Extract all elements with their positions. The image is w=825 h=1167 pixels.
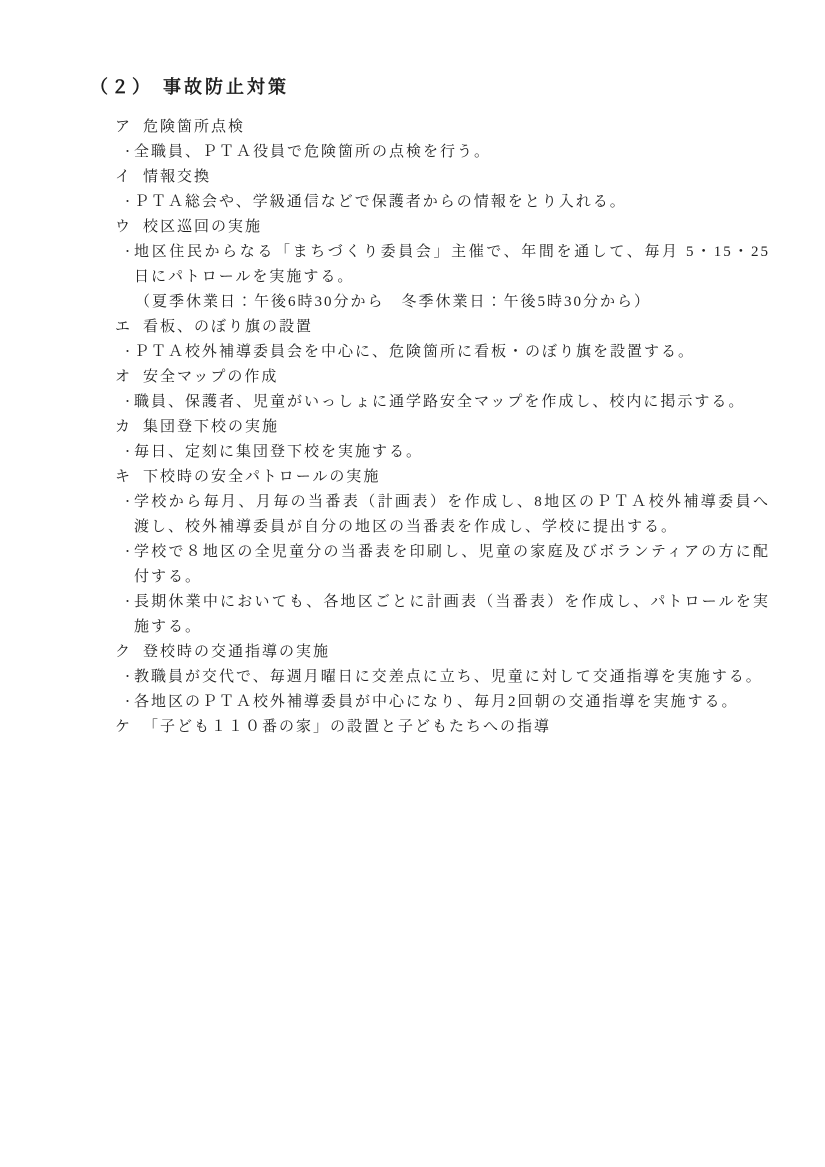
section-heading: エ看板、のぼり旗の設置: [115, 315, 825, 340]
bullet-item: ・各地区のＰＴＡ校外補導委員が中心になり、毎月2回朝の交通指導を実施する。: [122, 690, 770, 715]
section-label: カ: [115, 415, 143, 440]
bullet-marker-icon: ・: [122, 665, 134, 690]
section-1: ア危険箇所点検・全職員、ＰＴＡ役員で危険箇所の点検を行う。: [0, 115, 825, 165]
bullet-marker-icon: ・: [122, 240, 134, 265]
page-title-text: 事故防止対策: [163, 77, 289, 97]
bullet-text: ＰＴＡ総会や、学級通信などで保護者からの情報をとり入れる。: [134, 190, 770, 215]
section-heading-text: 「子ども１１０番の家」の設置と子どもたちへの指導: [143, 719, 551, 735]
section-9: ケ「子ども１１０番の家」の設置と子どもたちへの指導: [0, 715, 825, 740]
bullet-text: 地区住民からなる「まちづくり委員会」主催で、年間を通して、毎月 5・15・25 …: [134, 240, 770, 290]
section-heading: オ安全マップの作成: [115, 365, 825, 390]
section-heading: ア危険箇所点検: [115, 115, 825, 140]
section-heading-text: 看板、のぼり旗の設置: [143, 319, 313, 335]
bullet-text: 長期休業中においても、各地区ごとに計画表（当番表）を作成し、パトロールを実施する…: [134, 590, 770, 640]
section-heading: ク登校時の交通指導の実施: [115, 640, 825, 665]
bullet-marker-icon: ・: [122, 140, 134, 165]
bullet-marker-icon: ・: [122, 390, 134, 415]
section-heading-text: 校区巡回の実施: [143, 219, 262, 235]
bullet-marker-icon: ・: [122, 340, 134, 365]
section-7: キ下校時の安全パトロールの実施・学校から毎月、月毎の当番表（計画表）を作成し、8…: [0, 465, 825, 640]
section-label: イ: [115, 165, 143, 190]
section-heading-text: 安全マップの作成: [143, 369, 278, 385]
document-page: （２）事故防止対策 ア危険箇所点検・全職員、ＰＴＡ役員で危険箇所の点検を行う。イ…: [0, 0, 825, 1167]
section-label: ウ: [115, 215, 143, 240]
bullet-item: ・ＰＴＡ総会や、学級通信などで保護者からの情報をとり入れる。: [122, 190, 770, 215]
bullet-marker-icon: ・: [122, 490, 134, 515]
section-label: オ: [115, 365, 143, 390]
page-title-number: （２）: [90, 77, 153, 97]
bullet-marker-icon: ・: [122, 440, 134, 465]
bullet-item: ・学校で８地区の全児童分の当番表を印刷し、児童の家庭及びボランティアの方に配付す…: [122, 540, 770, 590]
section-label: キ: [115, 465, 143, 490]
section-heading-text: 危険箇所点検: [143, 119, 245, 135]
bullet-text: 教職員が交代で、毎週月曜日に交差点に立ち、児童に対して交通指導を実施する。: [134, 665, 770, 690]
bullet-text: ＰＴＡ校外補導委員会を中心に、危険箇所に看板・のぼり旗を設置する。: [134, 340, 770, 365]
section-8: ク登校時の交通指導の実施・教職員が交代で、毎週月曜日に交差点に立ち、児童に対して…: [0, 640, 825, 715]
bullet-text: 学校で８地区の全児童分の当番表を印刷し、児童の家庭及びボランティアの方に配付する…: [134, 540, 770, 590]
section-4: エ看板、のぼり旗の設置・ＰＴＡ校外補導委員会を中心に、危険箇所に看板・のぼり旗を…: [0, 315, 825, 365]
bullet-item: ・ＰＴＡ校外補導委員会を中心に、危険箇所に看板・のぼり旗を設置する。: [122, 340, 770, 365]
section-label: エ: [115, 315, 143, 340]
bullet-text: 全職員、ＰＴＡ役員で危険箇所の点検を行う。: [134, 140, 770, 165]
bullet-item: ・教職員が交代で、毎週月曜日に交差点に立ち、児童に対して交通指導を実施する。: [122, 665, 770, 690]
sections-container: ア危険箇所点検・全職員、ＰＴＡ役員で危険箇所の点検を行う。イ情報交換・ＰＴＡ総会…: [0, 115, 825, 740]
section-heading: イ情報交換: [115, 165, 825, 190]
section-heading-text: 情報交換: [143, 169, 211, 185]
section-2: イ情報交換・ＰＴＡ総会や、学級通信などで保護者からの情報をとり入れる。: [0, 165, 825, 215]
bullet-item: ・職員、保護者、児童がいっしょに通学路安全マップを作成し、校内に掲示する。: [122, 390, 770, 415]
section-label: ク: [115, 640, 143, 665]
section-label: ケ: [115, 715, 143, 740]
bullet-item: ・長期休業中においても、各地区ごとに計画表（当番表）を作成し、パトロールを実施す…: [122, 590, 770, 640]
section-6: カ集団登下校の実施・毎日、定刻に集団登下校を実施する。: [0, 415, 825, 465]
section-5: オ安全マップの作成・職員、保護者、児童がいっしょに通学路安全マップを作成し、校内…: [0, 365, 825, 415]
bullet-marker-icon: ・: [122, 540, 134, 565]
bullet-item: ・全職員、ＰＴＡ役員で危険箇所の点検を行う。: [122, 140, 770, 165]
section-heading-text: 登校時の交通指導の実施: [143, 644, 330, 660]
section-label: ア: [115, 115, 143, 140]
bullet-item: ・学校から毎月、月毎の当番表（計画表）を作成し、8地区のＰＴＡ校外補導委員へ渡し…: [122, 490, 770, 540]
section-heading: カ集団登下校の実施: [115, 415, 825, 440]
bullet-text: 職員、保護者、児童がいっしょに通学路安全マップを作成し、校内に掲示する。: [134, 390, 770, 415]
bullet-item: ・地区住民からなる「まちづくり委員会」主催で、年間を通して、毎月 5・15・25…: [122, 240, 770, 290]
bullet-marker-icon: ・: [122, 590, 134, 615]
bullet-text: 各地区のＰＴＡ校外補導委員が中心になり、毎月2回朝の交通指導を実施する。: [134, 690, 770, 715]
bullet-text: 毎日、定刻に集団登下校を実施する。: [134, 440, 770, 465]
section-heading: ウ校区巡回の実施: [115, 215, 825, 240]
section-heading-text: 集団登下校の実施: [143, 419, 279, 435]
bullet-marker-icon: ・: [122, 690, 134, 715]
section-3: ウ校区巡回の実施・地区住民からなる「まちづくり委員会」主催で、年間を通して、毎月…: [0, 215, 825, 315]
section-heading: キ下校時の安全パトロールの実施: [115, 465, 825, 490]
note-line: （夏季休業日：午後6時30分から 冬季休業日：午後5時30分から）: [135, 290, 770, 315]
section-heading: ケ「子ども１１０番の家」の設置と子どもたちへの指導: [115, 715, 825, 740]
section-heading-text: 下校時の安全パトロールの実施: [143, 469, 380, 485]
page-title: （２）事故防止対策: [90, 74, 825, 100]
bullet-marker-icon: ・: [122, 190, 134, 215]
bullet-text: 学校から毎月、月毎の当番表（計画表）を作成し、8地区のＰＴＡ校外補導委員へ渡し、…: [134, 490, 770, 540]
bullet-item: ・毎日、定刻に集団登下校を実施する。: [122, 440, 770, 465]
